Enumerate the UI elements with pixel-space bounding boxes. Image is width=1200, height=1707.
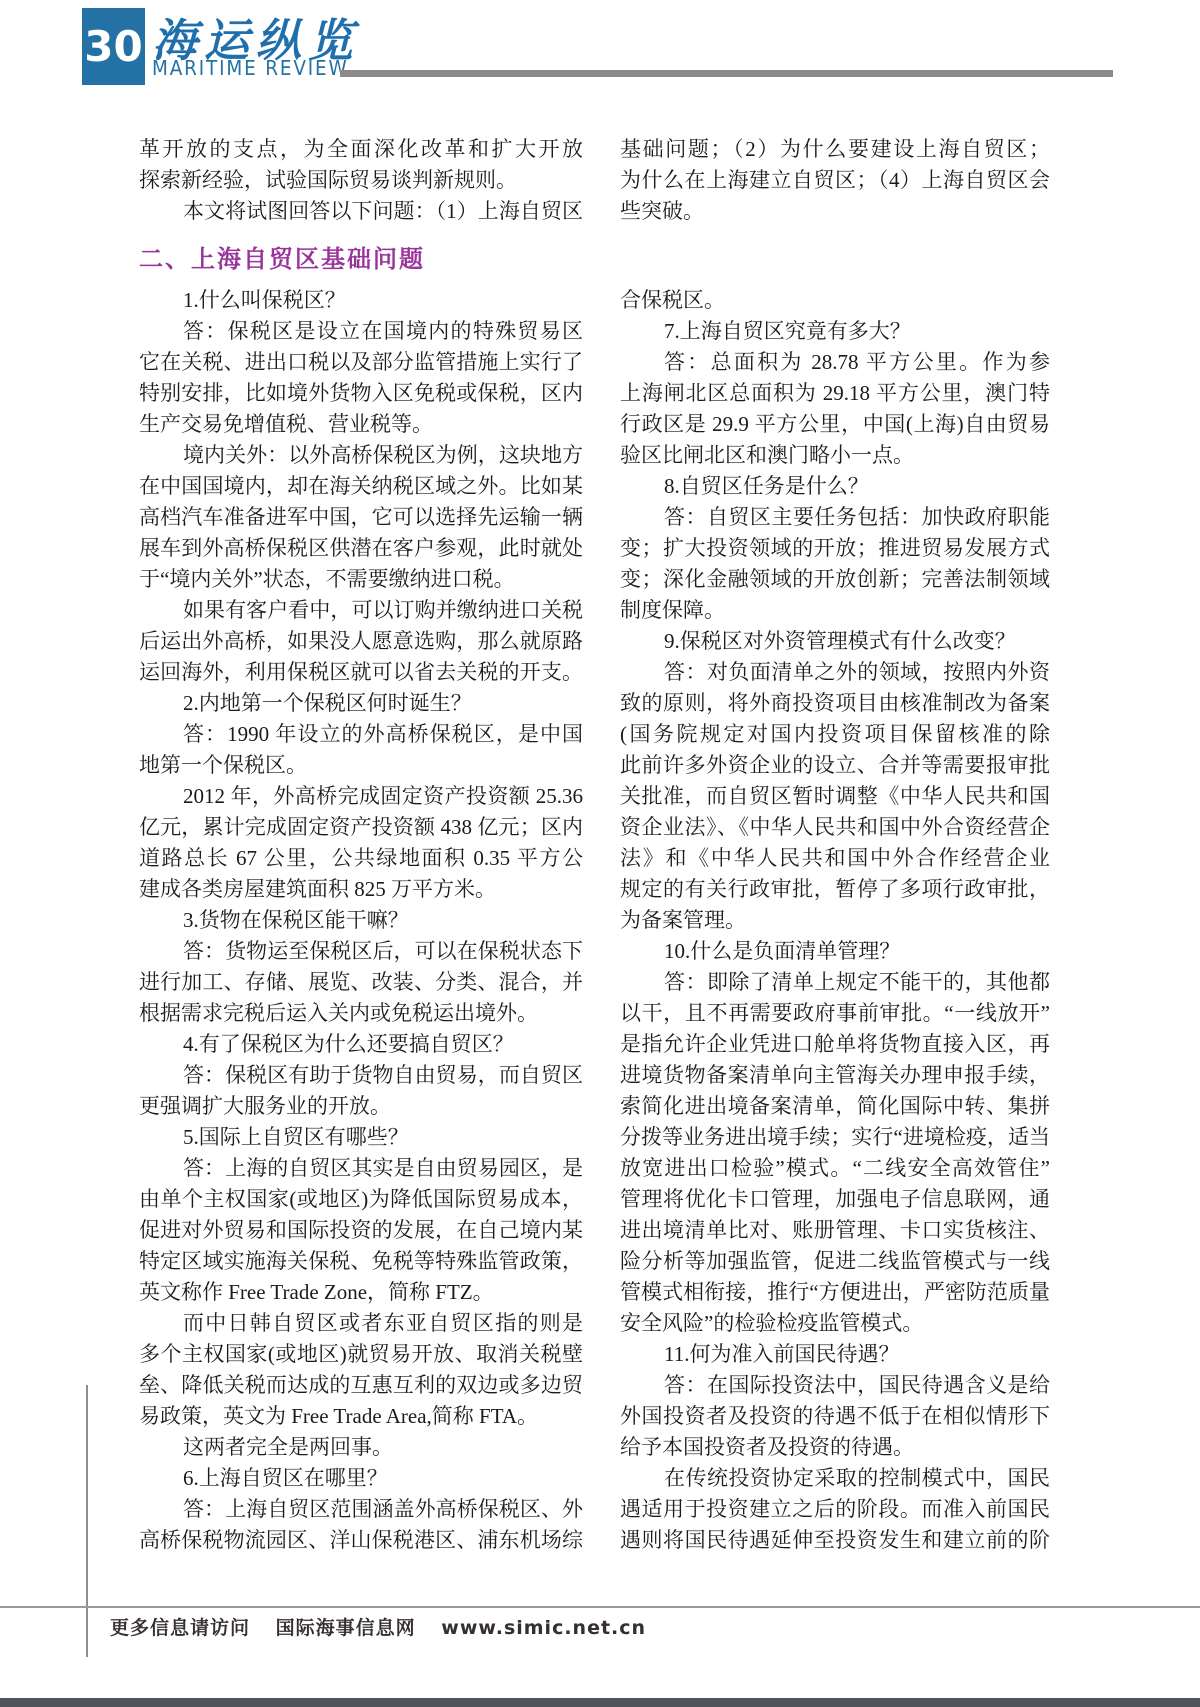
text-line: 答：对负面清单之外的领域，按照内外资一 — [620, 657, 1050, 688]
text-line: 变；扩大投资领域的开放；推进贸易发展方式转 — [620, 533, 1050, 564]
text-line: 致的原则，将外商投资项目由核准制改为备案制 — [620, 688, 1050, 719]
text-line: 些突破。 — [620, 196, 1050, 227]
text-line: 这两者完全是两回事。 — [139, 1432, 583, 1463]
text-line: 根据需求完税后运入关内或免税运出境外。 — [139, 998, 583, 1029]
text-line: 4.有了保税区为什么还要搞自贸区？ — [139, 1029, 583, 1060]
text-line: 答：上海自贸区范围涵盖外高桥保税区、外 — [139, 1494, 583, 1525]
text-line: 高档汽车准备进军中国，它可以选择先运输一辆 — [139, 502, 583, 533]
text-line: 本文将试图回答以下问题：（1）上海自贸区 — [139, 196, 583, 227]
section-heading: 二、上海自贸区基础问题 — [139, 227, 583, 285]
text-line: 在传统投资协定采取的控制模式中，国民待 — [620, 1463, 1050, 1494]
text-line: 关批准，而自贸区暂时调整《中华人民共和国外 — [620, 781, 1050, 812]
footer-prefix: 更多信息请访问 — [110, 1617, 250, 1639]
text-line: 遇适用于投资建立之后的阶段。而准入前国民待 — [620, 1494, 1050, 1525]
text-line: 外国投资者及投资的待遇不低于在相似情形下 — [620, 1401, 1050, 1432]
text-line: 7.上海自贸区究竟有多大？ — [620, 316, 1050, 347]
page-number: 30 — [84, 22, 142, 71]
text-line: 促进对外贸易和国际投资的发展，在自己境内某 — [139, 1215, 583, 1246]
text-line: 展车到外高桥保税区供潜在客户参观，此时就处 — [139, 533, 583, 564]
text-line: 1.什么叫保税区？ — [139, 285, 583, 316]
text-line: 而中日韩自贸区或者东亚自贸区指的则是 — [139, 1308, 583, 1339]
text-line: 3.货物在保税区能干嘛？ — [139, 905, 583, 936]
text-line: 垒、降低关税而达成的互惠互利的双边或多边贸 — [139, 1370, 583, 1401]
text-line: 9.保税区对外资管理模式有什么改变？ — [620, 626, 1050, 657]
text-line: 易政策，英文为 Free Trade Area,简称 FTA。 — [139, 1401, 583, 1432]
text-line: 运回海外，利用保税区就可以省去关税的开支。 — [139, 657, 583, 688]
text-line: 进行加工、存储、展览、改装、分类、混合，并 — [139, 967, 583, 998]
page-number-badge: 30 — [82, 8, 145, 85]
text-line: 合保税区。 — [620, 285, 1050, 316]
text-line: 制度保障。 — [620, 595, 1050, 626]
text-line: 2012 年，外高桥完成固定资产投资额 25.36 — [139, 781, 583, 812]
text-line: 更强调扩大服务业的开放。 — [139, 1091, 583, 1122]
text-line: 道路总长 67 公里，公共绿地面积 0.35 平方公里， — [139, 843, 583, 874]
text-line: 答：1990 年设立的外高桥保税区，是中国内 — [139, 719, 583, 750]
footer-url: www.simic.net.cn — [441, 1617, 646, 1639]
text-line: 进境货物备案清单向主管海关办理申报手续，探 — [620, 1060, 1050, 1091]
footer-note: 更多信息请访问 国际海事信息网 www.simic.net.cn — [110, 1613, 646, 1640]
text-line: 为什么在上海建立自贸区；（4）上海自贸区会有哪 — [620, 165, 1050, 196]
text-line: 验区比闸北区和澳门略小一点。 — [620, 440, 1050, 471]
text-line: 分拨等业务进出境手续；实行“进境检疫，适当 — [620, 1122, 1050, 1153]
right-intro-lines: 基础问题；（2）为什么要建设上海自贸区；（3）为什么在上海建立自贸区；（4）上海… — [620, 134, 1050, 227]
text-line: 由单个主权国家(或地区)为降低国际贸易成本， — [139, 1184, 583, 1215]
text-line: 英文称作 Free Trade Zone，简称 FTZ。 — [139, 1277, 583, 1308]
text-line: 在中国国境内，却在海关纳税区域之外。比如某 — [139, 471, 583, 502]
text-line: 管模式相衔接，推行“方便进出，严密防范质量 — [620, 1277, 1050, 1308]
text-line: 革开放的支点，为全面深化改革和扩大开放 — [139, 134, 583, 165]
text-line: 基础问题；（2）为什么要建设上海自贸区；（3） — [620, 134, 1050, 165]
text-line: 变；深化金融领域的开放创新；完善法制领域的 — [620, 564, 1050, 595]
text-line: 6.上海自贸区在哪里？ — [139, 1463, 583, 1494]
text-line: 此前许多外资企业的设立、合并等需要报审批机 — [620, 750, 1050, 781]
text-line: 给予本国投资者及投资的待遇。 — [620, 1432, 1050, 1463]
text-line: 管理将优化卡口管理，加强电子信息联网，通过 — [620, 1184, 1050, 1215]
left-column: 革开放的支点，为全面深化改革和扩大开放探索新经验，试验国际贸易谈判新规则。本文将… — [139, 134, 583, 1556]
footer-bottom-bar — [0, 1698, 1200, 1707]
text-line: 安全风险”的检验检疫监管模式。 — [620, 1308, 1050, 1339]
text-line: 放宽进出口检验”模式。“二线安全高效管住” — [620, 1153, 1050, 1184]
footer-site-name: 国际海事信息网 — [276, 1617, 416, 1639]
text-line: 规定的有关行政审批，暂停了多项行政审批，改 — [620, 874, 1050, 905]
text-line: 8.自贸区任务是什么？ — [620, 471, 1050, 502]
text-line: 行政区是 29.9 平方公里，中国(上海)自由贸易试 — [620, 409, 1050, 440]
text-line: 特别安排，比如境外货物入区免税或保税，区内 — [139, 378, 583, 409]
text-line: 遇则将国民待遇延伸至投资发生和建立前的阶 — [620, 1525, 1050, 1556]
right-column: 基础问题；（2）为什么要建设上海自贸区；（3）为什么在上海建立自贸区；（4）上海… — [620, 134, 1050, 1556]
text-line: 上海闸北区总面积为 29.18 平方公里，澳门特别 — [620, 378, 1050, 409]
text-line: 生产交易免增值税、营业税等。 — [139, 409, 583, 440]
text-line: 特定区域实施海关保税、免税等特殊监管政策， — [139, 1246, 583, 1277]
text-line: 答：即除了清单上规定不能干的，其他都可 — [620, 967, 1050, 998]
text-line: 险分析等加强监管，促进二线监管模式与一线监 — [620, 1246, 1050, 1277]
text-line: 索简化进出境备案清单，简化国际中转、集拼和 — [620, 1091, 1050, 1122]
text-line: 于“境内关外”状态，不需要缴纳进口税。 — [139, 564, 583, 595]
text-line: 地第一个保税区。 — [139, 750, 583, 781]
text-line: 答：自贸区主要任务包括：加快政府职能转 — [620, 502, 1050, 533]
magazine-page: { "masthead": { "page_number": "30", "ti… — [0, 0, 1200, 1707]
text-line: 探索新经验，试验国际贸易谈判新规则。 — [139, 165, 583, 196]
footer-vertical-rule — [86, 1385, 88, 1657]
text-line: 答：保税区是设立在国境内的特殊贸易区域。 — [139, 316, 583, 347]
text-line: 如果有客户看中，可以订购并缴纳进口关税 — [139, 595, 583, 626]
left-intro-lines: 革开放的支点，为全面深化改革和扩大开放探索新经验，试验国际贸易谈判新规则。本文将… — [139, 134, 583, 227]
heading-spacer — [620, 227, 1050, 285]
text-line: 多个主权国家(或地区)就贸易开放、取消关税壁 — [139, 1339, 583, 1370]
text-line: 境内关外：以外高桥保税区为例，这块地方 — [139, 440, 583, 471]
text-line: 它在关税、进出口税以及部分监管措施上实行了 — [139, 347, 583, 378]
text-line: 亿元，累计完成固定资产投资额 438 亿元；区内 — [139, 812, 583, 843]
text-line: 法》和《中华人民共和国中外合作经营企业法》 — [620, 843, 1050, 874]
text-line: 11.何为准入前国民待遇？ — [620, 1339, 1050, 1370]
text-line: 答：在国际投资法中，国民待遇含义是给予 — [620, 1370, 1050, 1401]
text-line: 高桥保税物流园区、洋山保税港区、浦东机场综 — [139, 1525, 583, 1556]
left-body-lines: 1.什么叫保税区？答：保税区是设立在国境内的特殊贸易区域。它在关税、进出口税以及… — [139, 285, 583, 1556]
text-line: 是指允许企业凭进口舱单将货物直接入区，再凭 — [620, 1029, 1050, 1060]
text-line: 10.什么是负面清单管理？ — [620, 936, 1050, 967]
text-line: 以干，且不再需要政府事前审批。“一线放开” — [620, 998, 1050, 1029]
text-line: 答：上海的自贸区其实是自由贸易园区，是 — [139, 1153, 583, 1184]
text-line: 5.国际上自贸区有哪些？ — [139, 1122, 583, 1153]
text-line: 资企业法》、《中华人民共和国中外合资经营企业 — [620, 812, 1050, 843]
text-line: 2.内地第一个保税区何时诞生？ — [139, 688, 583, 719]
footer-horizontal-rule — [0, 1606, 1200, 1608]
text-line: 答：保税区有助于货物自由贸易，而自贸区 — [139, 1060, 583, 1091]
text-line: 为备案管理。 — [620, 905, 1050, 936]
text-line: (国务院规定对国内投资项目保留核准的除外)。 — [620, 719, 1050, 750]
text-line: 后运出外高桥，如果没人愿意选购，那么就原路 — [139, 626, 583, 657]
text-line: 建成各类房屋建筑面积 825 万平方米。 — [139, 874, 583, 905]
right-body-lines: 合保税区。7.上海自贸区究竟有多大？答：总面积为 28.78 平方公里。作为参照… — [620, 285, 1050, 1556]
masthead-rule — [340, 70, 1113, 77]
magazine-title-en: MARITIME REVIEW — [152, 56, 349, 80]
text-line: 答：总面积为 28.78 平方公里。作为参照， — [620, 347, 1050, 378]
text-line: 进出境清单比对、账册管理、卡口实货核注、风 — [620, 1215, 1050, 1246]
text-line: 答：货物运至保税区后，可以在保税状态下 — [139, 936, 583, 967]
